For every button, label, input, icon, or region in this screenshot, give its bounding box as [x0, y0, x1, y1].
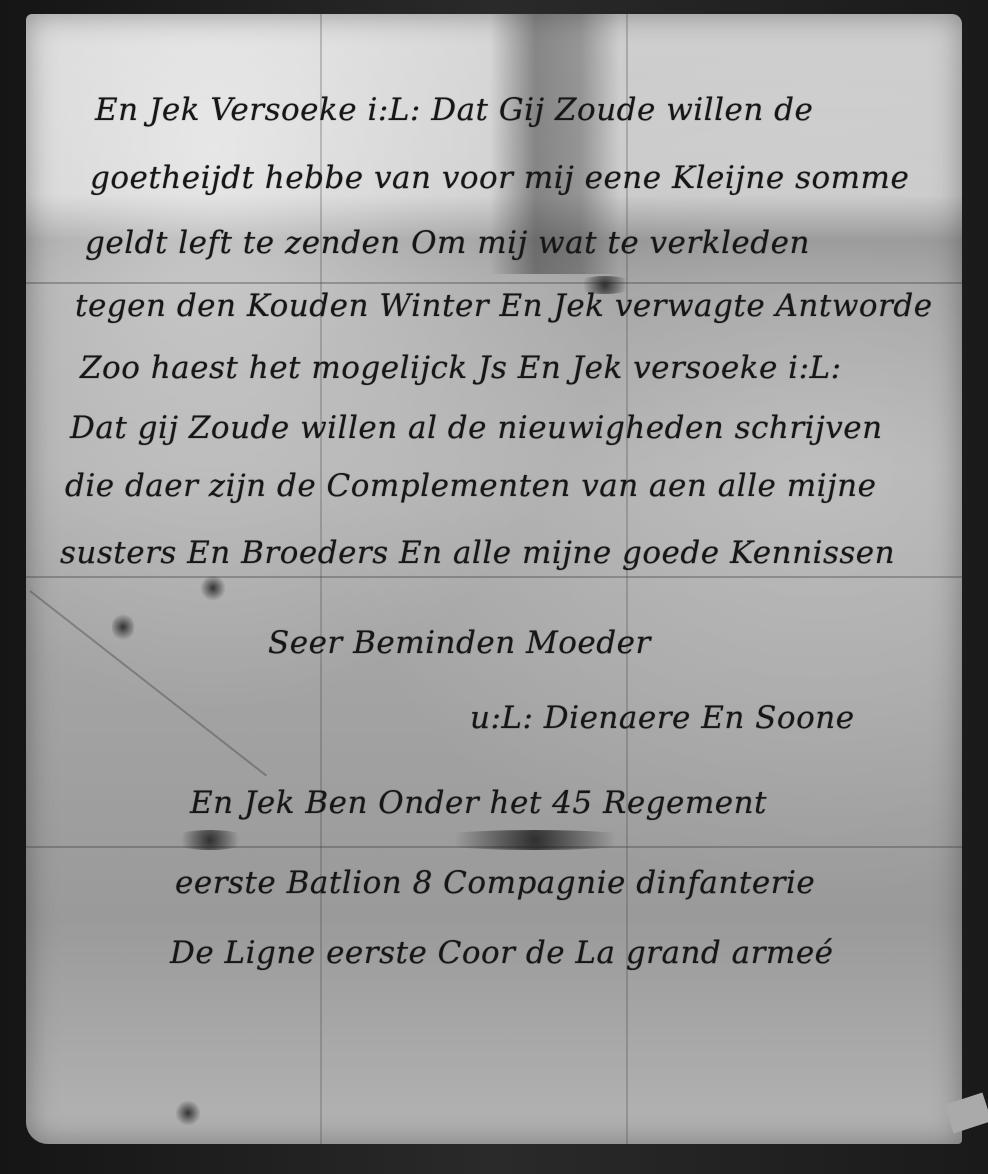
postscript-line-3: De Ligne eerste Coor de La grand armeé [170, 935, 834, 971]
closing-signature: u:L: Dienaere En Soone [470, 700, 855, 736]
body-line-6: Dat gij Zoude willen al de nieuwigheden … [70, 410, 883, 446]
body-line-2: goetheijdt hebbe van voor mij eene Kleij… [90, 160, 909, 196]
body-line-7: die daer zijn de Complementen van aen al… [65, 468, 876, 504]
body-line-1: En Jek Versoeke i:L: Dat Gij Zoude wille… [95, 92, 813, 128]
postscript-line-2: eerste Batlion 8 Compagnie dinfanterie [175, 865, 815, 901]
postscript-line-1: En Jek Ben Onder het 45 Regement [190, 785, 767, 821]
body-line-4: tegen den Kouden Winter En Jek verwagte … [75, 288, 933, 324]
body-line-3: geldt left te zenden Om mij wat te verkl… [85, 225, 810, 261]
closing-salutation: Seer Beminden Moeder [268, 625, 651, 661]
body-line-5: Zoo haest het mogelijck Js En Jek versoe… [80, 350, 842, 386]
letter-text: En Jek Versoeke i:L: Dat Gij Zoude wille… [0, 0, 988, 1174]
body-line-8: susters En Broeders En alle mijne goede … [60, 535, 895, 571]
